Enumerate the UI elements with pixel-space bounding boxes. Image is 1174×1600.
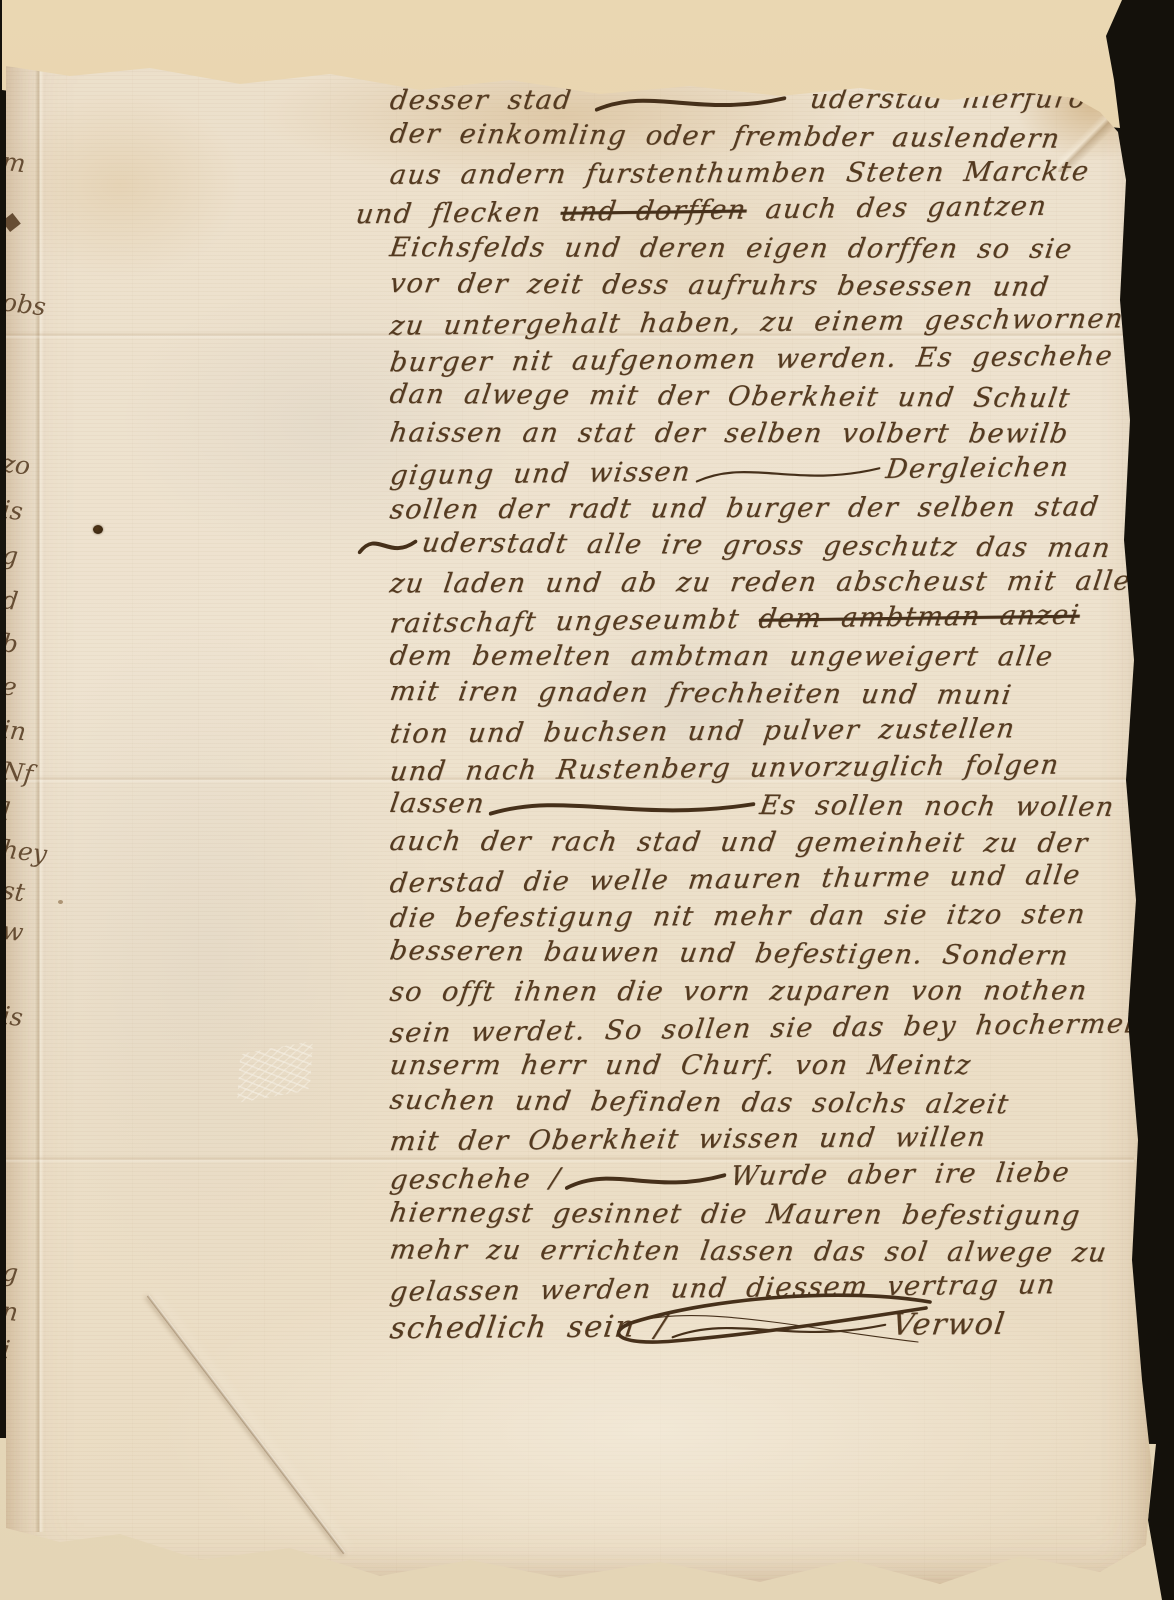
handwritten-words: haissen an stat der selben volbert bewil… bbox=[388, 418, 1071, 450]
handwritten-words: sein werdet. So sollen sie das bey hoche… bbox=[388, 1008, 1166, 1049]
handwritten-words: Eichsfelds und deren eigen dorffen so si… bbox=[388, 232, 1075, 265]
handwritten-words: die befestigung nit mehr dan sie itzo st… bbox=[388, 899, 1088, 934]
manuscript-line: die befestigung nit mehr dan sie itzo st… bbox=[388, 901, 1088, 932]
manuscript-line: zu untergehalt haben, zu einem geschworn… bbox=[388, 305, 1125, 339]
handwritten-words: mehr zu errichten lassen das sol alwege … bbox=[388, 1234, 1110, 1268]
manuscript-line: und nach Rustenberg unvorzuglich folgen bbox=[388, 751, 1061, 785]
handwritten-words: geschehe / bbox=[388, 1163, 563, 1196]
manuscript-line: mehr zu errichten lassen das sol alwege … bbox=[388, 1236, 1109, 1266]
struck-words: und dorffen bbox=[559, 195, 749, 228]
manuscript-line: derstad die welle mauren thurme und alle bbox=[388, 862, 1082, 897]
margin-text-fragment: ◆ bbox=[1, 207, 23, 234]
manuscript-line: sein werdet. So sollen sie das bey hoche… bbox=[388, 1010, 1166, 1047]
handwritten-words: hiernegst gesinnet die Mauren befestigun… bbox=[388, 1197, 1083, 1231]
handwritten-words: mit der Oberkheit wissen und willen bbox=[388, 1122, 989, 1157]
handwritten-words: sollen der radt und burger der selben st… bbox=[388, 491, 1102, 525]
manuscript-line: hiernegst gesinnet die Mauren befestigun… bbox=[388, 1199, 1083, 1229]
manuscript-line: gigung und wissenDergleichen bbox=[388, 453, 1071, 491]
handwritten-words: auch der rach stad und gemeinheit zu der bbox=[388, 826, 1091, 859]
handwritten-words: Wurde aber ire liebe bbox=[729, 1158, 1072, 1193]
ink-flourish-icon bbox=[488, 795, 757, 820]
manuscript-line: unserm herr und Churf. von Meintz bbox=[388, 1052, 973, 1079]
manuscript-line: Eichsfelds und deren eigen dorffen so si… bbox=[388, 234, 1075, 263]
handwritten-words: Es sollen noch wollen bbox=[758, 790, 1117, 823]
manuscript-page: 4 desser stad uderstad hierfuro kein far… bbox=[0, 0, 1174, 1600]
margin-text-fragment: w bbox=[1, 918, 25, 945]
manuscript-line: geschehe /Wurde aber ire liebe bbox=[388, 1160, 1072, 1197]
handwritten-words: vor der zeit dess aufruhrs besessen und bbox=[388, 268, 1052, 303]
manuscript-line: besseren bauwen und befestigen. Sondern bbox=[388, 938, 1071, 970]
manuscript-line: dem bemelten ambtman ungeweigert alle bbox=[388, 643, 1055, 671]
manuscript-text-layer: desser stad uderstad hierfuro kein faren… bbox=[0, 0, 1174, 1600]
manuscript-line: vor der zeit dess aufruhrs besessen und bbox=[388, 270, 1051, 301]
margin-text-fragment: st bbox=[1, 878, 27, 906]
handwritten-words: suchen und befinden das solchs alzeit bbox=[388, 1085, 1012, 1120]
manuscript-line: sollen der radt und burger der selben st… bbox=[388, 493, 1101, 523]
margin-text-fragment: e bbox=[1, 673, 19, 700]
handwritten-words: raitschaft ungeseumbt bbox=[388, 604, 761, 640]
margin-text-fragment: d bbox=[1, 587, 20, 614]
margin-text-fragment: g bbox=[1, 542, 20, 569]
margin-text-fragment: hey bbox=[1, 836, 49, 866]
handwritten-words: lassen bbox=[388, 788, 487, 819]
margin-text-fragment: m bbox=[1, 149, 28, 177]
handwritten-words: gigung und wissen bbox=[388, 456, 693, 491]
manuscript-line: und flecken und dorffen auch des gantzen bbox=[354, 193, 1049, 229]
handwritten-words: auch des gantzen bbox=[745, 191, 1050, 226]
manuscript-line: der einkomling oder frembder auslendern bbox=[388, 121, 1062, 153]
handwritten-words: uderstadt alle ire gross geschutz das ma… bbox=[420, 527, 1114, 563]
handwritten-words: dem bemelten ambtman ungeweigert alle bbox=[388, 641, 1056, 673]
ink-flourish-icon bbox=[564, 1168, 727, 1194]
photograph-background: 4 desser stad uderstad hierfuro kein far… bbox=[0, 0, 1174, 1600]
ink-flourish-icon bbox=[594, 91, 787, 116]
handwritten-words: und flecken bbox=[354, 197, 563, 231]
manuscript-line: suchen und befinden das solchs alzeit bbox=[388, 1087, 1011, 1118]
manuscript-line: auch der rach stad und gemeinheit zu der bbox=[388, 828, 1090, 857]
handwritten-words: aus andern furstenthumben Steten Marckte bbox=[388, 156, 1092, 191]
manuscript-line: so offt ihnen die vorn zuparen von nothe… bbox=[388, 977, 1089, 1006]
ink-flourish-icon bbox=[694, 461, 882, 487]
handwritten-words: zu untergehalt haben, zu einem geschworn… bbox=[388, 303, 1126, 341]
manuscript-line: burger nit aufgenomen werden. Es gescheh… bbox=[388, 343, 1115, 377]
closing-flourish-icon bbox=[600, 1286, 940, 1358]
margin-text-fragment: Nf bbox=[1, 758, 35, 787]
margin-text-fragment: b bbox=[1, 630, 20, 657]
margin-text-fragment: g bbox=[1, 1259, 20, 1286]
margin-text-fragment: zo bbox=[1, 450, 32, 478]
handwritten-words: so offt ihnen die vorn zuparen von nothe… bbox=[388, 975, 1090, 1008]
margin-text-fragment: in bbox=[1, 717, 28, 745]
struck-words: dem ambtman anzei bbox=[757, 600, 1082, 635]
handwritten-words: derstad die welle mauren thurme und alle bbox=[388, 860, 1083, 899]
handwritten-words: dan alwege mit der Oberkheit und Schult bbox=[388, 379, 1073, 414]
manuscript-line: aus andern furstenthumben Steten Marckte bbox=[388, 158, 1091, 189]
handwritten-words: unserm herr und Churf. von Meintz bbox=[388, 1050, 974, 1081]
handwritten-words: der einkomling oder frembder auslendern bbox=[388, 119, 1063, 155]
margin-text-fragment: is bbox=[1, 1003, 25, 1030]
handwritten-words: Dergleichen bbox=[884, 451, 1071, 484]
manuscript-line: zu laden und ab zu reden abscheust mit a… bbox=[388, 568, 1147, 598]
manuscript-line: tion und buchsen und pulver zustellen bbox=[388, 715, 1017, 748]
manuscript-line: dan alwege mit der Oberkheit und Schult bbox=[388, 381, 1073, 412]
manuscript-line: lassenEs sollen noch wollen bbox=[388, 790, 1117, 823]
manuscript-line: raitschaft ungeseumbt dem ambtman anzei bbox=[388, 602, 1081, 638]
margin-text-fragment: is bbox=[1, 497, 25, 524]
handwritten-words: burger nit aufgenomen werden. Es gescheh… bbox=[388, 341, 1115, 379]
manuscript-line: uderstadt alle ire gross geschutz das ma… bbox=[352, 529, 1113, 564]
manuscript-line: mit der Oberkheit wissen und willen bbox=[388, 1124, 988, 1155]
handwritten-words: besseren bauwen und befestigen. Sondern bbox=[388, 936, 1071, 972]
handwritten-words: zu laden und ab zu reden abscheust mit a… bbox=[388, 566, 1148, 600]
handwritten-words: tion und buchsen und pulver zustellen bbox=[388, 713, 1018, 750]
manuscript-line: mit iren gnaden frechheiten und muni bbox=[388, 678, 1014, 709]
margin-text-fragment: obs bbox=[1, 289, 48, 319]
handwritten-words: und nach Rustenberg unvorzuglich folgen bbox=[388, 749, 1062, 787]
margin-text-fragment: n bbox=[1, 1298, 20, 1325]
ink-flourish-icon bbox=[357, 534, 419, 558]
handwritten-words: mit iren gnaden frechheiten und muni bbox=[388, 676, 1015, 711]
manuscript-line: haissen an stat der selben volbert bewil… bbox=[388, 420, 1071, 448]
